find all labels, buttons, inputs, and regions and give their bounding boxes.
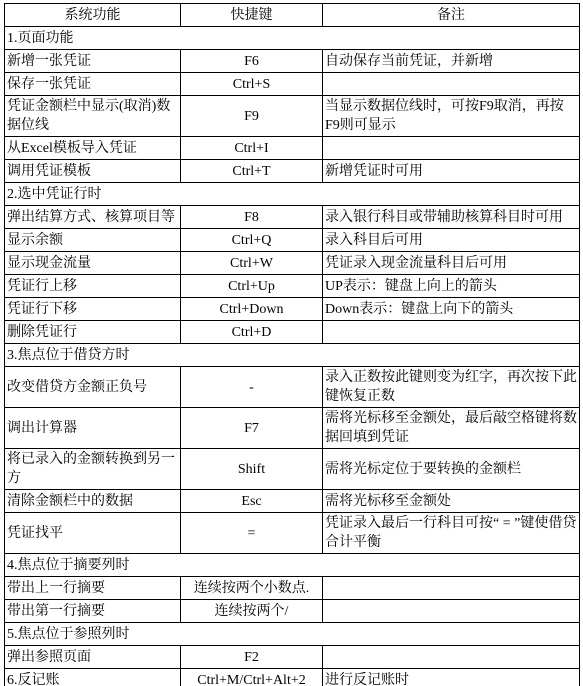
table-row: 带出上一行摘要连续按两个小数点.: [5, 577, 580, 600]
section-row: 1.页面功能: [5, 27, 580, 50]
function-cell: 凭证金额栏中显示(取消)数据位线: [5, 96, 181, 137]
remark-cell: [323, 646, 580, 669]
remark-cell: 需将光标移至金额处，最后敲空格键将数据回填到凭证: [323, 408, 580, 449]
section-row: 3.焦点位于借贷方时: [5, 344, 580, 367]
section-row: 2.选中凭证行时: [5, 183, 580, 206]
shortcut-cell: Ctrl+D: [181, 321, 323, 344]
remark-cell: [323, 321, 580, 344]
table-row: 6.反记账Ctrl+M/Ctrl+Alt+2进行反记账时: [5, 669, 580, 686]
table-row: 带出第一行摘要连续按两个/: [5, 600, 580, 623]
shortcut-cell: Esc: [181, 490, 323, 513]
table-row: 从Excel模板导入凭证Ctrl+I: [5, 137, 580, 160]
shortcut-table: 系统功能 快捷键 备注 1.页面功能新增一张凭证F6自动保存当前凭证，并新增保存…: [4, 3, 580, 686]
function-cell: 从Excel模板导入凭证: [5, 137, 181, 160]
table-body: 1.页面功能新增一张凭证F6自动保存当前凭证，并新增保存一张凭证Ctrl+S凭证…: [5, 27, 580, 686]
section-label: 3.焦点位于借贷方时: [5, 344, 580, 367]
section-label: 5.焦点位于参照列时: [5, 623, 580, 646]
table-row: 改变借贷方金额正负号-录入正数按此键则变为红字，再次按下此键恢复正数: [5, 367, 580, 408]
section-row: 4.焦点位于摘要列时: [5, 554, 580, 577]
shortcut-cell: Ctrl+Down: [181, 298, 323, 321]
remark-cell: 需将光标移至金额处: [323, 490, 580, 513]
column-header-remark: 备注: [323, 4, 580, 27]
table-row: 调用凭证模板Ctrl+T新增凭证时可用: [5, 160, 580, 183]
remark-cell: [323, 577, 580, 600]
table-row: 将已录入的金额转换到另一方Shift需将光标定位于要转换的金额栏: [5, 449, 580, 490]
function-cell: 将已录入的金额转换到另一方: [5, 449, 181, 490]
remark-cell: 自动保存当前凭证，并新增: [323, 50, 580, 73]
shortcut-cell: Ctrl+T: [181, 160, 323, 183]
function-cell: 显示现金流量: [5, 252, 181, 275]
function-cell: 弹出结算方式、核算项目等: [5, 206, 181, 229]
function-cell: 调用凭证模板: [5, 160, 181, 183]
table-row: 新增一张凭证F6自动保存当前凭证，并新增: [5, 50, 580, 73]
shortcut-cell: Ctrl+Up: [181, 275, 323, 298]
function-cell: 删除凭证行: [5, 321, 181, 344]
shortcut-cell: F6: [181, 50, 323, 73]
remark-cell: 当显示数据位线时，可按F9取消，再按F9则可显示: [323, 96, 580, 137]
shortcut-cell: F8: [181, 206, 323, 229]
shortcut-cell: Ctrl+S: [181, 73, 323, 96]
table-row: 凭证找平=凭证录入最后一行科目可按“ = ”键使借贷合计平衡: [5, 513, 580, 554]
shortcut-cell: Ctrl+M/Ctrl+Alt+2: [181, 669, 323, 686]
function-cell: 保存一张凭证: [5, 73, 181, 96]
shortcut-cell: 连续按两个小数点.: [181, 577, 323, 600]
table-header-row: 系统功能 快捷键 备注: [5, 4, 580, 27]
shortcut-cell: =: [181, 513, 323, 554]
column-header-shortcut: 快捷键: [181, 4, 323, 27]
function-cell: 凭证找平: [5, 513, 181, 554]
shortcut-cell: -: [181, 367, 323, 408]
function-cell: 凭证行下移: [5, 298, 181, 321]
table-row: 清除金额栏中的数据Esc需将光标移至金额处: [5, 490, 580, 513]
column-header-function: 系统功能: [5, 4, 181, 27]
remark-cell: Down表示：键盘上向下的箭头: [323, 298, 580, 321]
table-row: 凭证行下移Ctrl+DownDown表示：键盘上向下的箭头: [5, 298, 580, 321]
table-row: 删除凭证行Ctrl+D: [5, 321, 580, 344]
function-cell: 6.反记账: [5, 669, 181, 686]
table-row: 弹出结算方式、核算项目等F8录入银行科目或带辅助核算科目时可用: [5, 206, 580, 229]
table-row: 调出计算器F7需将光标移至金额处，最后敲空格键将数据回填到凭证: [5, 408, 580, 449]
section-row: 5.焦点位于参照列时: [5, 623, 580, 646]
remark-cell: 录入正数按此键则变为红字，再次按下此键恢复正数: [323, 367, 580, 408]
remark-cell: 进行反记账时: [323, 669, 580, 686]
shortcut-cell: F9: [181, 96, 323, 137]
remark-cell: [323, 73, 580, 96]
function-cell: 调出计算器: [5, 408, 181, 449]
table-row: 显示余额Ctrl+Q录入科目后可用: [5, 229, 580, 252]
shortcut-cell: Shift: [181, 449, 323, 490]
remark-cell: 录入科目后可用: [323, 229, 580, 252]
section-label: 1.页面功能: [5, 27, 580, 50]
section-label: 4.焦点位于摘要列时: [5, 554, 580, 577]
function-cell: 带出第一行摘要: [5, 600, 181, 623]
function-cell: 显示余额: [5, 229, 181, 252]
table-row: 凭证金额栏中显示(取消)数据位线F9当显示数据位线时，可按F9取消，再按F9则可…: [5, 96, 580, 137]
remark-cell: [323, 600, 580, 623]
table-row: 凭证行上移Ctrl+UpUP表示：键盘上向上的箭头: [5, 275, 580, 298]
shortcut-cell: Ctrl+W: [181, 252, 323, 275]
function-cell: 弹出参照页面: [5, 646, 181, 669]
section-label: 2.选中凭证行时: [5, 183, 580, 206]
table-row: 弹出参照页面F2: [5, 646, 580, 669]
remark-cell: 凭证录入最后一行科目可按“ = ”键使借贷合计平衡: [323, 513, 580, 554]
remark-cell: 需将光标定位于要转换的金额栏: [323, 449, 580, 490]
shortcut-cell: 连续按两个/: [181, 600, 323, 623]
remark-cell: 新增凭证时可用: [323, 160, 580, 183]
function-cell: 改变借贷方金额正负号: [5, 367, 181, 408]
shortcut-cell: Ctrl+Q: [181, 229, 323, 252]
function-cell: 清除金额栏中的数据: [5, 490, 181, 513]
function-cell: 带出上一行摘要: [5, 577, 181, 600]
remark-cell: [323, 137, 580, 160]
shortcut-cell: F2: [181, 646, 323, 669]
function-cell: 凭证行上移: [5, 275, 181, 298]
function-cell: 新增一张凭证: [5, 50, 181, 73]
remark-cell: 录入银行科目或带辅助核算科目时可用: [323, 206, 580, 229]
shortcut-cell: F7: [181, 408, 323, 449]
shortcut-cell: Ctrl+I: [181, 137, 323, 160]
table-row: 保存一张凭证Ctrl+S: [5, 73, 580, 96]
remark-cell: UP表示：键盘上向上的箭头: [323, 275, 580, 298]
remark-cell: 凭证录入现金流量科目后可用: [323, 252, 580, 275]
table-row: 显示现金流量Ctrl+W凭证录入现金流量科目后可用: [5, 252, 580, 275]
